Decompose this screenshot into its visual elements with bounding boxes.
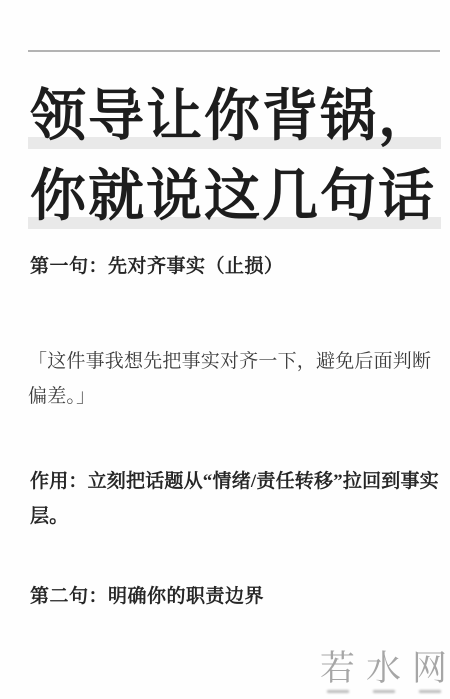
- section-heading-first-sentence: 第一句：先对齐事实（止损）: [30, 255, 430, 279]
- watermark-subtext-blur-1: [327, 690, 349, 693]
- watermark-char-group: 网: [412, 650, 447, 693]
- article-page: 领导让你背锅， 你就说这几句话 第一句：先对齐事实（止损） 「这件事我想先把事实…: [0, 0, 450, 699]
- watermark-char-1: 若: [320, 650, 355, 688]
- top-divider-line: [28, 50, 440, 52]
- section-heading-second-sentence: 第二句：明确你的职责边界: [30, 585, 430, 609]
- article-title-line-1: 领导让你背锅，: [30, 89, 436, 145]
- watermark: 若 水 网: [320, 650, 447, 693]
- watermark-subtext-blur-3: [419, 690, 441, 693]
- article-title-line-2: 你就说这几句话: [30, 169, 436, 225]
- watermark-char-group: 若: [320, 650, 355, 693]
- watermark-char-3: 网: [412, 650, 447, 688]
- watermark-char-group: 水: [366, 650, 401, 693]
- effect-paragraph: 作用：立刻把话题从“情绪/责任转移”拉回到事实层。: [30, 464, 444, 534]
- watermark-char-2: 水: [366, 650, 401, 688]
- quote-paragraph: 「这件事我想先把事实对齐一下，避免后面判断偏差。」: [28, 344, 442, 414]
- watermark-subtext-blur-2: [373, 690, 395, 693]
